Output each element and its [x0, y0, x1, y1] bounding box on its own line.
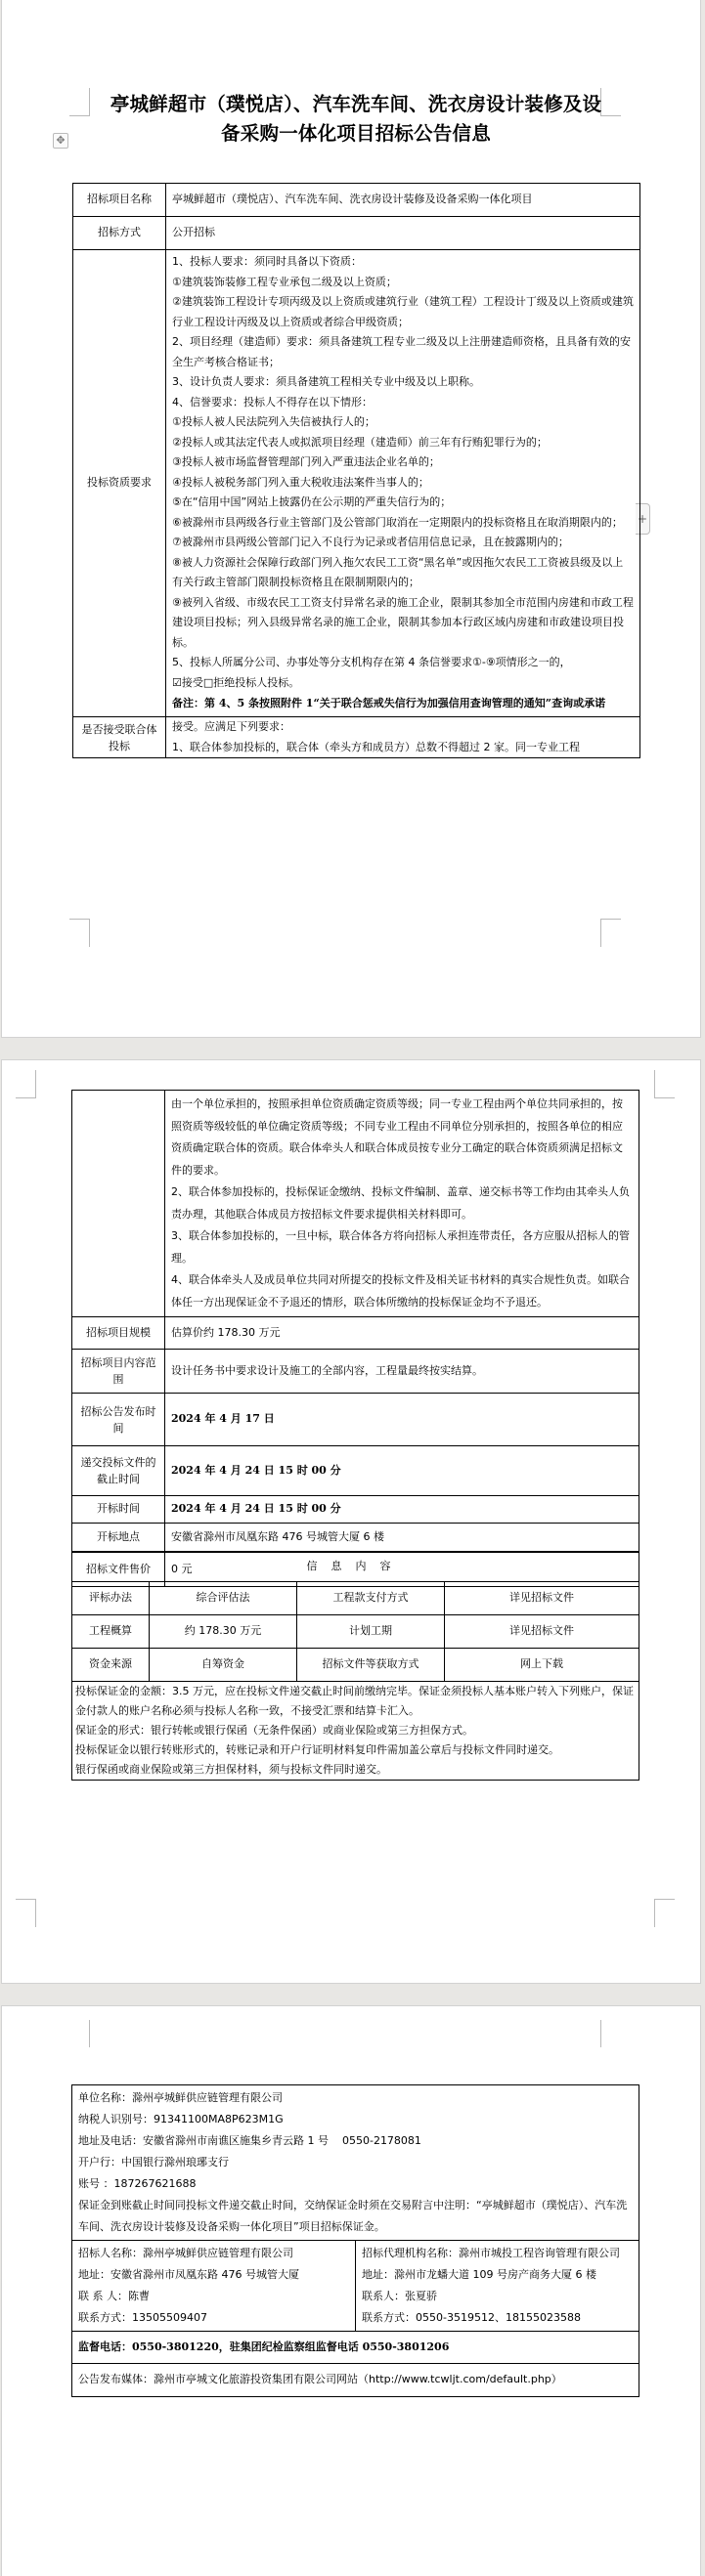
table-row-qualification: 投标资质要求 1、投标人要求：须同时具备以下资质： ①建筑装饰装修工程专业承包二…	[73, 250, 640, 717]
title-line-2: 备采购一体化项目招标公告信息	[72, 119, 639, 149]
row-label: 开标地点	[72, 1524, 165, 1553]
qualification-content: 1、投标人要求：须同时具备以下资质： ①建筑装饰装修工程专业承包二级及以上资质；…	[166, 250, 640, 717]
consortium-content: 接受。应满足下列要求： 1、联合体参加投标的，联合体（牵头方和成员方）总数不得超…	[166, 717, 640, 758]
consortium-line: 3、联合体参加投标的，一旦中标，联合体各方将向招标人承担连带责任，各方应服从招标…	[171, 1225, 633, 1269]
row-value-date: 2024 年 4 月 24 日 15 时 00 分	[165, 1496, 639, 1524]
account-content: 单位名称：滁州亭城鲜供应链管理有限公司 纳税人识别号：91341100MA8P6…	[72, 2085, 639, 2241]
contact-line: 联系方式：13505509407	[78, 2307, 349, 2329]
info-cell-label: 计划工期	[297, 1615, 445, 1649]
account-line: 地址及电话：安徽省滁州市南谯区施集乡青云路 1 号 0550-2178081	[78, 2130, 633, 2152]
supervision-row: 监督电话：0550-3801220，驻集团纪检监察组监督电话 0550-3801…	[72, 2332, 639, 2364]
margin-corner-mark	[69, 919, 90, 947]
contact-line: 地址：滁州市龙蟠大道 109 号房产商务大厦 6 楼	[362, 2264, 633, 2286]
contacts-row: 招标人名称：滁州亭城鲜供应链管理有限公司 地址：安徽省滁州市凤凰东路 476 号…	[72, 2241, 639, 2332]
margin-corner-mark	[69, 2020, 90, 2047]
table-row: 招标项目规模 估算价约 178.30 万元	[72, 1317, 639, 1350]
title-line-1: 亭城鲜超市（璞悦店）、汽车洗车间、洗衣房设计装修及设	[72, 90, 639, 119]
info-cell-label: 资金来源	[72, 1649, 150, 1682]
account-line: 保证金到账截止时间同投标文件递交截止时间，交纳保证金时须在交易附言中注明：“亭城…	[78, 2195, 633, 2238]
row-label: 递交投标文件的截止时间	[72, 1446, 165, 1496]
table-row: 招标项目内容范围 设计任务书中要求设计及施工的全部内容，工程量最终按实结算。	[72, 1350, 639, 1394]
row-label: 开标时间	[72, 1496, 165, 1524]
qualification-note: 备注：第 4、5 条按照附件 1“关于联合惩戒失信行为加强信用查询管理的通知”查…	[172, 693, 634, 714]
requirement-line: ①投标人被人民法院列入失信被执行人的；	[172, 412, 634, 433]
margin-corner-mark	[654, 1070, 675, 1098]
row-value-date: 2024 年 4 月 17 日	[165, 1394, 639, 1446]
agency-contact: 招标代理机构名称：滁州市城投工程咨询管理有限公司 地址：滁州市龙蟠大道 109 …	[356, 2241, 639, 2332]
requirement-line: ⑥被滁州市县两级各行业主管部门及公管部门取消在一定期限内的投标资格且在取消期限内…	[172, 513, 634, 534]
info-cell-value: 综合评估法	[150, 1582, 297, 1615]
contact-line: 联系方式：0550-3519512、18155023588	[362, 2307, 633, 2329]
margin-corner-mark	[600, 2020, 621, 2047]
document-page-1: 亭城鲜超市（璞悦店）、汽车洗车间、洗衣房设计装修及设 备采购一体化项目招标公告信…	[1, 0, 701, 1038]
info-cell-value: 约 178.30 万元	[150, 1615, 297, 1649]
requirement-line: 5、投标人所属分公司、办事处等分支机构存在第 4 条信誉要求①-⑨项情形之一的，	[172, 653, 634, 673]
account-line: 开户行：中国银行滁州琅琊支行	[78, 2152, 633, 2173]
deposit-line: 投标保证金以银行转账形式的，转账记录和开户行证明材料复印件需加盖公章后与投标文件…	[75, 1740, 636, 1760]
document-page-2: 由一个单位承担的，按照承担单位资质确定资质等级；同一专业工程由两个单位共同承担的…	[1, 1059, 701, 1984]
requirement-line: ④投标人被税务部门列入重大税收违法案件当事人的；	[172, 473, 634, 494]
requirement-line: 2、项目经理（建造师）要求：须具备建筑工程专业二级及以上注册建造师资格，且具备有…	[172, 332, 634, 372]
contact-line: 地址：安徽省滁州市凤凰东路 476 号城管大厦	[78, 2264, 349, 2286]
requirement-line: ⑦被滁州市县两级公管部门记入不良行为记录或者信用信息记录，且在披露期内的；	[172, 533, 634, 553]
requirement-line: ⑧被人力资源社会保障行政部门列入拖欠农民工工资“黑名单”或因拖欠农民工工资被县级…	[172, 553, 634, 593]
consortium-line: 2、联合体参加投标的，投标保证金缴纳、投标文件编制、盖章、递交标书等工作均由其牵…	[171, 1181, 633, 1225]
row-value: 亭城鲜超市（璞悦店）、汽车洗车间、洗衣房设计装修及设备采购一体化项目	[166, 184, 640, 217]
info-row: 评标办法 综合评估法 工程款支付方式 详见招标文件	[72, 1582, 639, 1615]
info-cell-label: 工程款支付方式	[297, 1582, 445, 1615]
requirement-line: ③投标人被市场监督管理部门列入严重违法企业名单的；	[172, 452, 634, 473]
tenderer-contact: 招标人名称：滁州亭城鲜供应链管理有限公司 地址：安徽省滁州市凤凰东路 476 号…	[72, 2241, 356, 2332]
info-section-header: 信息内容	[72, 1552, 639, 1582]
info-cell-value: 自筹资金	[150, 1649, 297, 1682]
info-row: 工程概算 约 178.30 万元 计划工期 详见招标文件	[72, 1615, 639, 1649]
table-row: 招标项目名称 亭城鲜超市（璞悦店）、汽车洗车间、洗衣房设计装修及设备采购一体化项…	[73, 184, 640, 217]
margin-corner-mark	[654, 1899, 675, 1927]
account-row: 单位名称：滁州亭城鲜供应链管理有限公司 纳税人识别号：91341100MA8P6…	[72, 2085, 639, 2241]
account-contact-table: 单位名称：滁州亭城鲜供应链管理有限公司 纳税人识别号：91341100MA8P6…	[71, 2084, 639, 2397]
info-cell-value: 网上下载	[445, 1649, 639, 1682]
consortium-line: 由一个单位承担的，按照承担单位资质确定资质等级；同一专业工程由两个单位共同承担的…	[171, 1094, 633, 1181]
table-row: 开标地点 安徽省滁州市凤凰东路 476 号城管大厦 6 楼	[72, 1524, 639, 1553]
margin-corner-mark	[16, 1899, 36, 1927]
bid-info-table-continued: 由一个单位承担的，按照承担单位资质确定资质等级；同一专业工程由两个单位共同承担的…	[71, 1090, 639, 1587]
table-row-consortium-continued: 由一个单位承担的，按照承担单位资质确定资质等级；同一专业工程由两个单位共同承担的…	[72, 1091, 639, 1317]
contact-line: 联系人：张夏骄	[362, 2286, 633, 2307]
consortium-content-continued: 由一个单位承担的，按照承担单位资质确定资质等级；同一专业工程由两个单位共同承担的…	[165, 1091, 639, 1317]
table-row: 招标方式 公开招标	[73, 217, 640, 250]
table-row: 招标公告发布时间 2024 年 4 月 17 日	[72, 1394, 639, 1446]
row-value: 设计任务书中要求设计及施工的全部内容，工程量最终按实结算。	[165, 1350, 639, 1394]
table-row: 开标时间 2024 年 4 月 24 日 15 时 00 分	[72, 1496, 639, 1524]
consortium-line: 4、联合体牵头人及成员单位共同对所提交的投标文件及相关证书材料的真实合规性负责。…	[171, 1269, 633, 1313]
contact-line: 招标代理机构名称：滁州市城投工程咨询管理有限公司	[362, 2243, 633, 2264]
row-label-empty	[72, 1091, 165, 1317]
document-page-3: 单位名称：滁州亭城鲜供应链管理有限公司 纳税人识别号：91341100MA8P6…	[1, 2005, 701, 2576]
row-label: 是否接受联合体投标	[73, 717, 166, 758]
supervision-phones: 监督电话：0550-3801220，驻集团纪检监察组监督电话 0550-3801…	[72, 2332, 639, 2364]
deposit-line: 保证金的形式：银行转帐或银行保函（无条件保函）或商业保险或第三方担保方式。	[75, 1721, 636, 1740]
page-title: 亭城鲜超市（璞悦店）、汽车洗车间、洗衣房设计装修及设 备采购一体化项目招标公告信…	[72, 90, 639, 149]
contact-line: 招标人名称：滁州亭城鲜供应链管理有限公司	[78, 2243, 349, 2264]
consortium-line: 1、联合体参加投标的，联合体（牵头方和成员方）总数不得超过 2 家。同一专业工程	[172, 738, 634, 758]
requirement-line: 1、投标人要求：须同时具备以下资质：	[172, 252, 634, 273]
row-value: 公开招标	[166, 217, 640, 250]
contact-line: 联 系 人：陈曹	[78, 2286, 349, 2307]
row-value: 估算价约 178.30 万元	[165, 1317, 639, 1350]
requirement-line: 3、设计负责人要求：须具备建筑工程相关专业中级及以上职称。	[172, 372, 634, 393]
requirement-line: ⑤在“信用中国”网站上披露仍在公示期的严重失信行为的；	[172, 493, 634, 513]
account-line: 纳税人识别号：91341100MA8P623M1G	[78, 2109, 633, 2130]
account-line: 单位名称：滁州亭城鲜供应链管理有限公司	[78, 2087, 633, 2109]
requirement-line: ②投标人或其法定代表人或拟派项目经理（建造师）前三年有行贿犯罪行为的；	[172, 433, 634, 453]
info-header-row: 信息内容	[72, 1552, 639, 1582]
table-row-consortium: 是否接受联合体投标 接受。应满足下列要求： 1、联合体参加投标的，联合体（牵头方…	[73, 717, 640, 758]
media-row: 公告发布媒体：滁州市亭城文化旅游投资集团有限公司网站（http://www.tc…	[72, 2364, 639, 2397]
requirement-line: 4、信誉要求：投标人不得存在以下情形：	[172, 393, 634, 413]
requirement-line: ②建筑装饰工程设计专项丙级及以上资质或建筑行业（建筑工程）工程设计丁级及以上资质…	[172, 292, 634, 332]
info-cell-label: 评标办法	[72, 1582, 150, 1615]
deposit-line: 投标保证金的金额：3.5 万元，应在投标文件递交截止时间前缴纳完毕。保证金须投标…	[75, 1682, 636, 1721]
table-move-handle-icon[interactable]: ✥	[53, 133, 68, 149]
info-cell-value: 详见招标文件	[445, 1615, 639, 1649]
info-cell-label: 招标文件等获取方式	[297, 1649, 445, 1682]
info-cell-label: 工程概算	[72, 1615, 150, 1649]
info-cell-value: 详见招标文件	[445, 1582, 639, 1615]
bid-info-table: 招标项目名称 亭城鲜超市（璞悦店）、汽车洗车间、洗衣房设计装修及设备采购一体化项…	[72, 183, 640, 758]
requirement-line: ①建筑装饰装修工程专业承包二级及以上资质；	[172, 273, 634, 293]
margin-corner-mark	[600, 919, 621, 947]
publish-media: 公告发布媒体：滁州市亭城文化旅游投资集团有限公司网站（http://www.tc…	[72, 2364, 639, 2397]
row-label: 招标方式	[73, 217, 166, 250]
row-label: 招标项目规模	[72, 1317, 165, 1350]
row-label: 投标资质要求	[73, 250, 166, 717]
info-row: 资金来源 自筹资金 招标文件等获取方式 网上下载	[72, 1649, 639, 1682]
row-label: 招标项目名称	[73, 184, 166, 217]
requirement-line: ⑨被列入省级、市级农民工工资支付异常名录的施工企业，限制其参加全市范围内房建和市…	[172, 593, 634, 654]
row-value: 安徽省滁州市凤凰东路 476 号城管大厦 6 楼	[165, 1524, 639, 1553]
row-label: 招标项目内容范围	[72, 1350, 165, 1394]
account-line: 账号 ：187267621688	[78, 2173, 633, 2195]
deposit-line: 银行保函或商业保险或第三方担保材料，须与投标文件同时递交。	[75, 1760, 636, 1780]
deposit-row: 投标保证金的金额：3.5 万元，应在投标文件递交截止时间前缴纳完毕。保证金须投标…	[72, 1682, 639, 1781]
row-value-date: 2024 年 4 月 24 日 15 时 00 分	[165, 1446, 639, 1496]
deposit-content: 投标保证金的金额：3.5 万元，应在投标文件递交截止时间前缴纳完毕。保证金须投标…	[72, 1682, 639, 1781]
consortium-line: 接受。应满足下列要求：	[172, 717, 634, 738]
margin-corner-mark	[16, 1070, 36, 1098]
info-content-table: 信息内容 评标办法 综合评估法 工程款支付方式 详见招标文件 工程概算 约 17…	[71, 1551, 639, 1781]
requirement-checkbox-line: ☑接受□拒绝投标人投标。	[172, 673, 634, 694]
row-label: 招标公告发布时间	[72, 1394, 165, 1446]
table-row: 递交投标文件的截止时间 2024 年 4 月 24 日 15 时 00 分	[72, 1446, 639, 1496]
